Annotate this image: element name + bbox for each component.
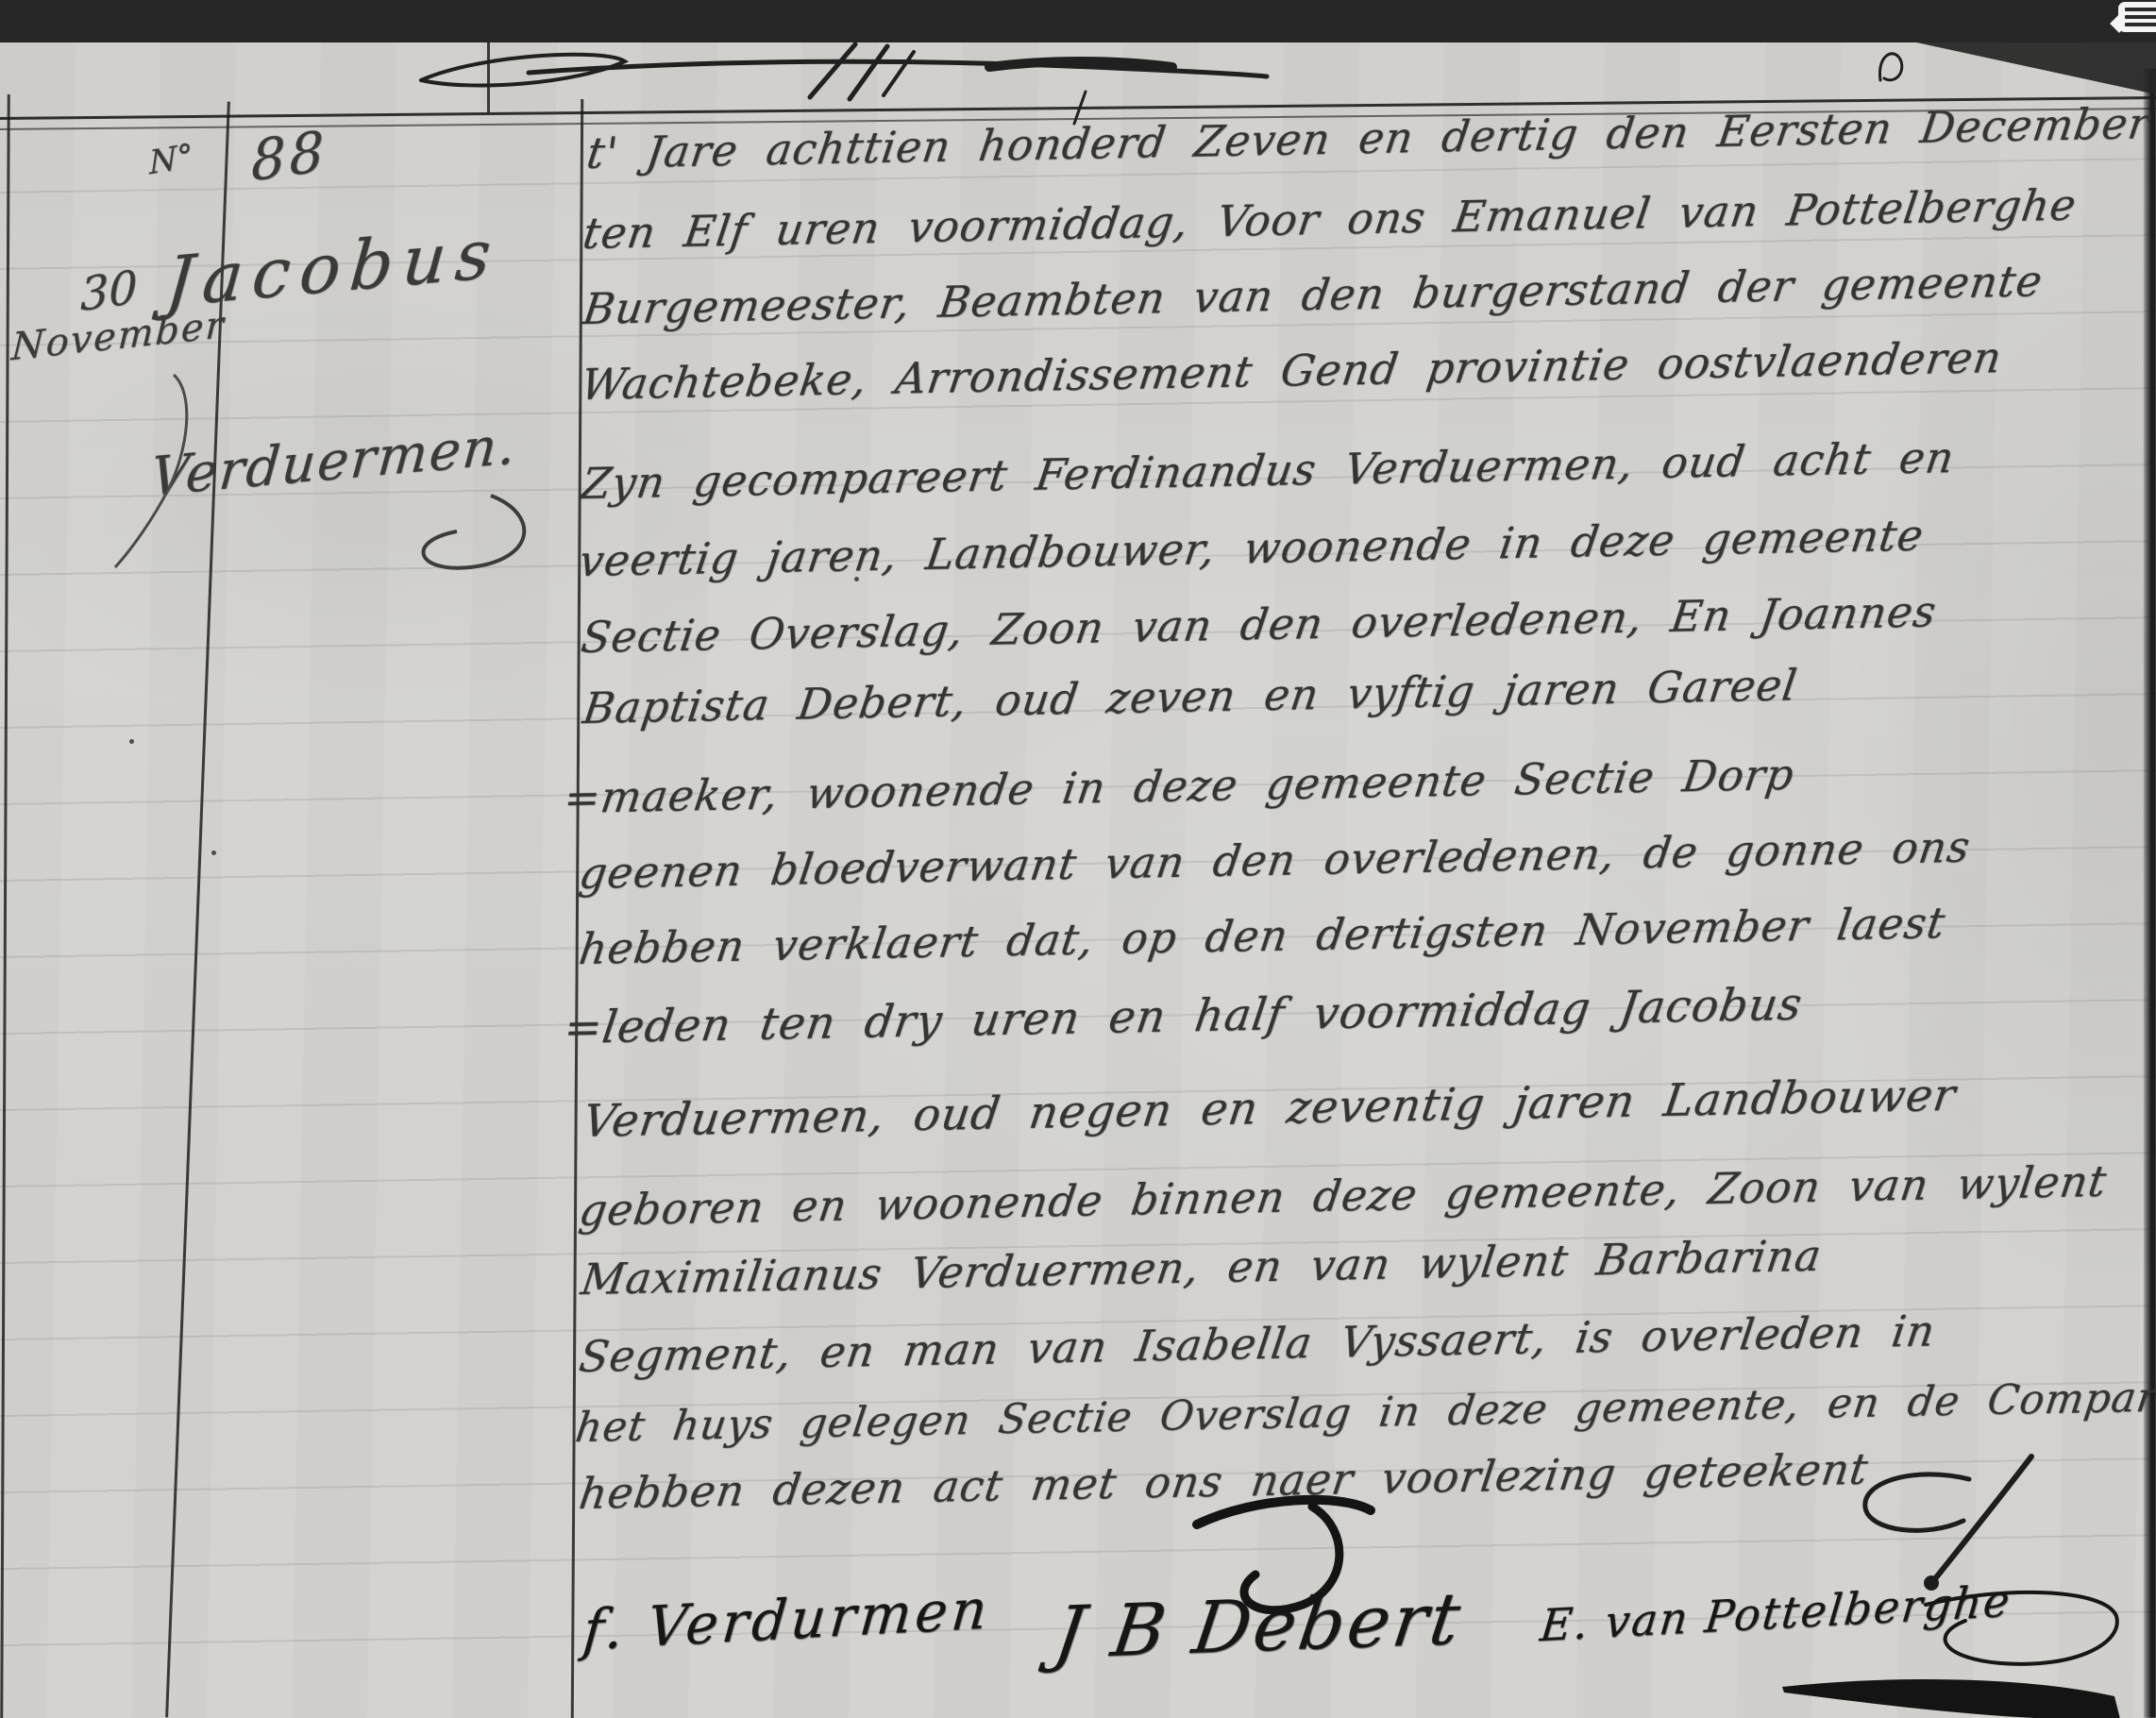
margin-number-label: N° [148,137,193,182]
menu-icon-bar [2125,8,2156,11]
ink-dot [211,851,216,855]
closing-paraph [1865,1457,2031,1591]
menu-icon-bar [2125,23,2156,26]
act-text-line: Verduermen, oud negen en zeventig jaren … [580,1070,1959,1148]
signature-declarant-1: f. Verdurmen [581,1576,993,1662]
image-viewer: N° 30 November 88 Jacobus Verduermen. t'… [0,0,2156,1718]
table-rule-previous-row [487,42,490,112]
act-text-line: Burgemeester, Beambten van den burgersta… [580,256,2046,334]
act-text-line: hebben verklaert dat, op den dertigsten … [576,898,1948,974]
menu-icon-bar [2125,15,2156,19]
act-text-line: Segment, en man van Isabella Vyssaert, i… [576,1305,1938,1382]
table-rule-left [0,94,10,1718]
act-text-line: =leden ten dry uren en half voormiddag J… [561,979,1806,1054]
act-text-line: geenen bloedverwant van den overledenen,… [576,822,1973,899]
margin-surname-flourish [424,496,525,568]
signature-officer: E. van Pottelberghe [1538,1575,2013,1651]
ink-dot [129,739,134,744]
signature-declarant-2: J B Debert [1050,1576,1468,1676]
act-text-line: hebben dezen act met ons naer voorlezing… [576,1444,1871,1519]
ink-dot [854,577,859,581]
act-text-line: =maeker, woonende in deze gemeente Secti… [561,750,1797,823]
document-page: N° 30 November 88 Jacobus Verduermen. t'… [0,42,2156,1718]
margin-act-number: 88 [251,118,328,194]
act-text-line: Sectie Overslag, Zoon van den overledene… [578,586,1939,663]
list-menu-icon[interactable] [2118,2,2156,32]
viewer-toolbar [0,0,2156,42]
margin-surname: Verduermen. [148,414,519,509]
margin-given-name: Jacobus [162,213,503,323]
act-text-line: veertig jaren, Landbouwer, woonende in d… [576,511,1927,586]
act-text-line: Maximilianus Verduermen, en van wylent B… [578,1231,1825,1305]
act-text-line: Baptista Debert, oud zeven en vyftig jar… [580,660,1800,733]
act-text-line: ten Elf uren voormiddag, Voor ons Emanue… [580,180,2080,260]
act-text-line: geboren en woonende binnen deze gemeente… [576,1156,2110,1236]
act-text-line: het huys gelegen Sectie Overslag in deze… [573,1372,2156,1452]
page-edge-shadow [2144,69,2156,1718]
act-text-line: Wachtebeke, Arrondissement Gend provinti… [578,332,2005,410]
act-text-line: Zyn gecompareert Ferdinandus Verduermen,… [578,432,1957,509]
corner-shadow [1916,42,2156,94]
